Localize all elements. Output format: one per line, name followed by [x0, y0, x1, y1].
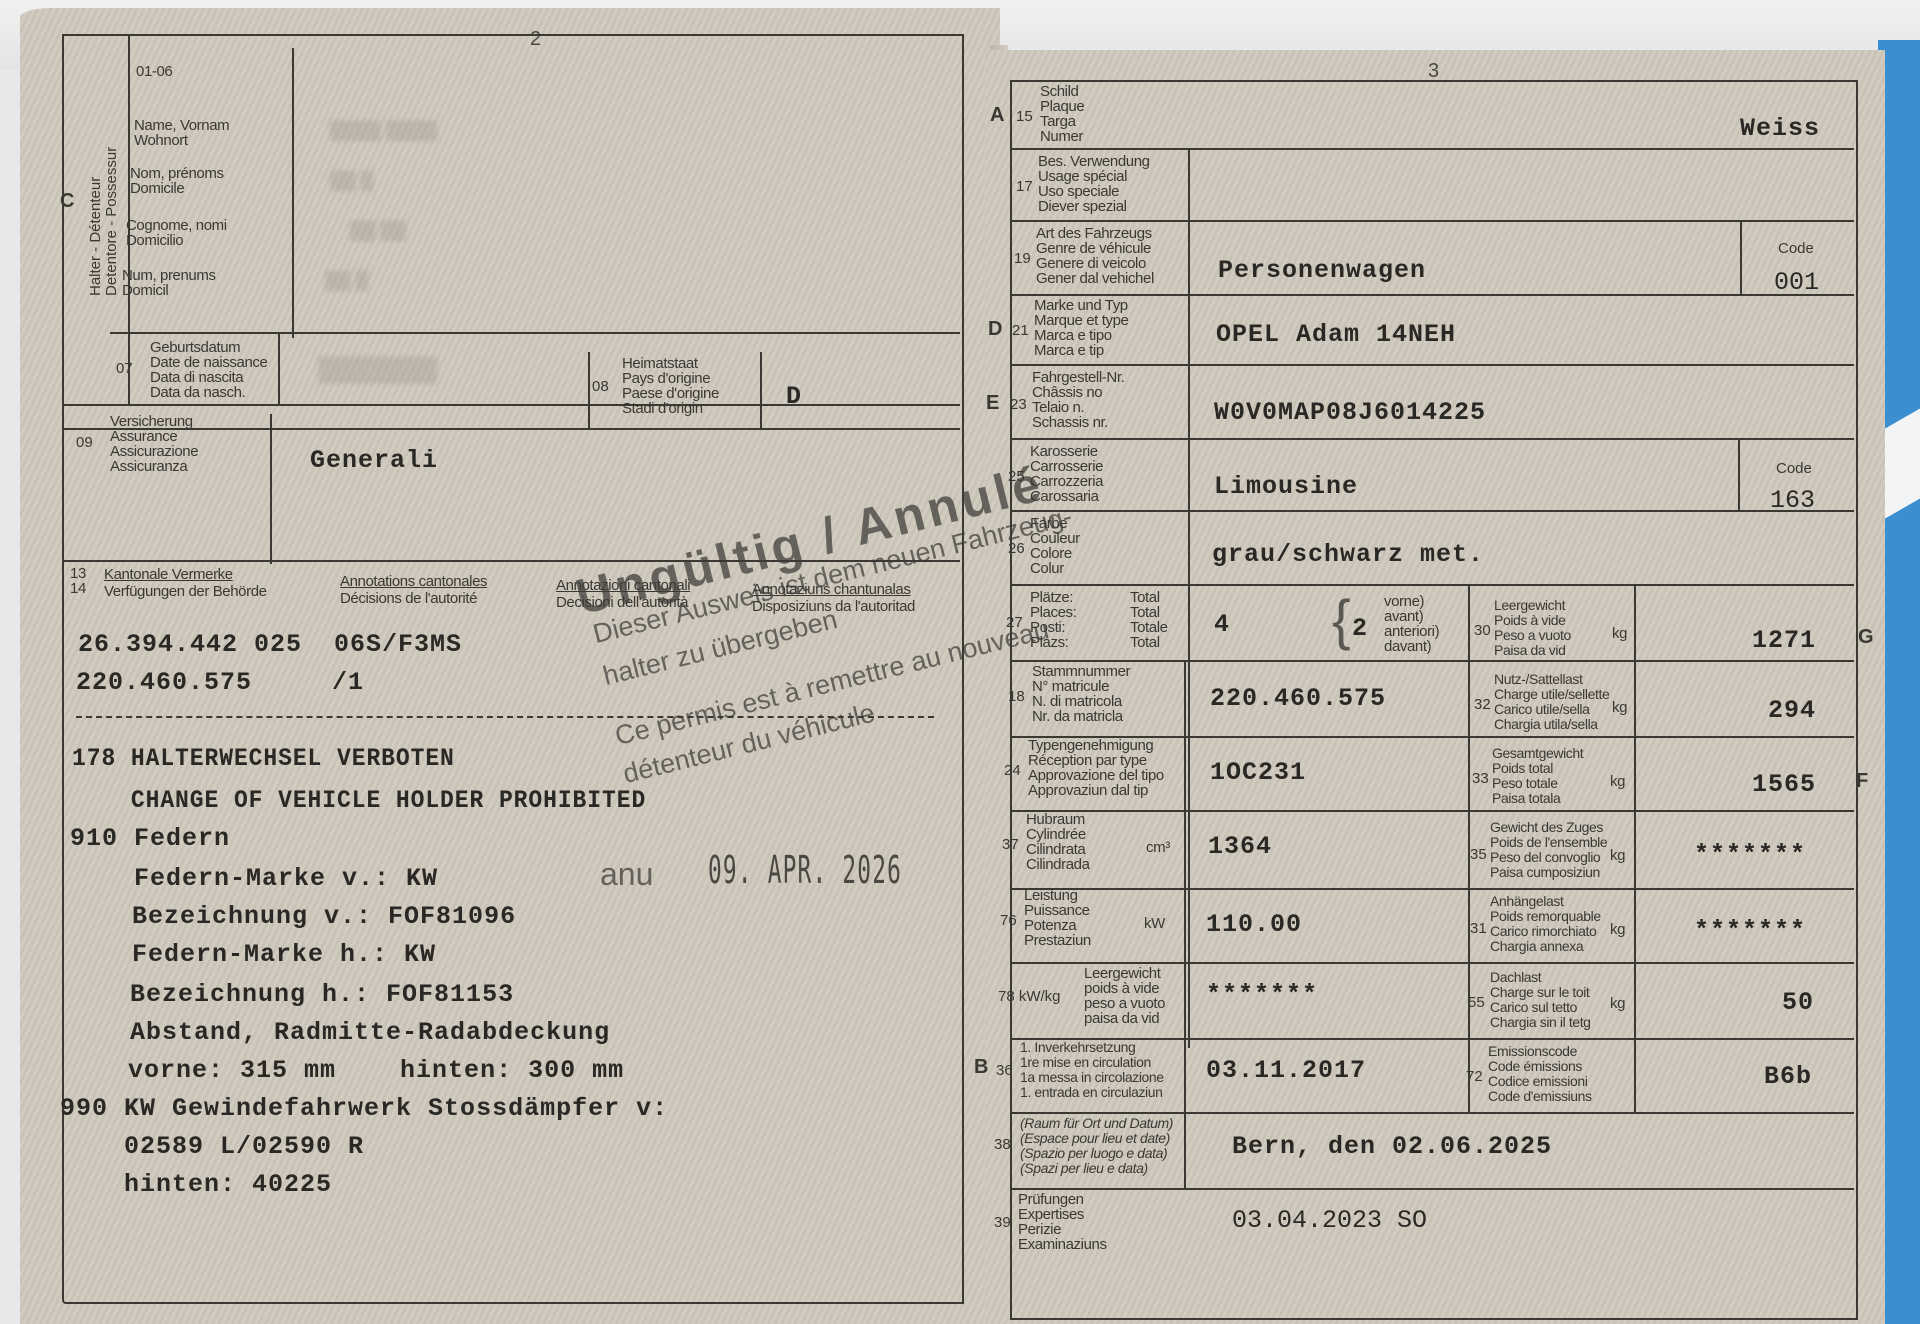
divider-09 [270, 414, 272, 564]
field-15-value: Weiss [1740, 114, 1820, 143]
side-letter-g: G [1858, 626, 1874, 649]
field-21-number: 21 [1012, 322, 1029, 339]
field-26-number: 26 [1008, 540, 1025, 557]
field-72-value: B6b [1764, 1062, 1812, 1091]
field-32-label: Nutz-/Sattellast Charge utile/sellette C… [1494, 672, 1609, 732]
annotation-910-distances: vorne: 315 mm hinten: 300 mm [64, 1056, 624, 1085]
field-55-value: 50 [1782, 988, 1814, 1017]
annotation-990-rear: hinten: 40225 [60, 1170, 332, 1199]
field-72-label: Emissionscode Code émissions Codice emis… [1488, 1044, 1592, 1104]
field-26-label: Farbe Couleur Colore Colur [1030, 516, 1080, 576]
field-36-number: 36 [996, 1062, 1013, 1079]
field-15-number: 15 [1016, 108, 1033, 125]
field-39-label: Prüfungen Expertises Perizie Examinaziun… [1018, 1192, 1107, 1252]
annot-de-sub: Verfügungen der Behörde [104, 584, 267, 599]
row-line-38 [1010, 1188, 1854, 1190]
field-01-06-number: 01-06 [136, 64, 172, 79]
field-38-value: Bern, den 02.06.2025 [1232, 1132, 1552, 1161]
field-78-value: ******* [1206, 980, 1318, 1009]
field-24-value: 1OC231 [1210, 758, 1306, 787]
field-30-unit: kg [1612, 626, 1627, 641]
field-32-unit: kg [1612, 700, 1627, 715]
field-25-label: Karosserie Carrosserie Carrozzeria Caros… [1030, 444, 1103, 504]
annotation-990-front: 02589 L/02590 R [60, 1132, 364, 1161]
annot-fr-title: Annotations cantonales [340, 574, 487, 589]
field-72-number: 72 [1466, 1068, 1483, 1085]
field-78-label: Leergewicht poids à vide peso a vuoto pa… [1084, 966, 1165, 1026]
holder-vertical-label-1: Halter - Détenteur [88, 177, 104, 296]
field-09-value: Generali [310, 446, 438, 475]
row-line-19 [1010, 294, 1854, 296]
code-divider-25 [1738, 438, 1740, 510]
annotation-910-bez-h: Bezeichnung h.: FOF81153 [66, 980, 514, 1009]
row-line-25 [1010, 510, 1854, 512]
field-76-unit: kW [1144, 916, 1165, 931]
field-35-label: Gewicht des Zuges Poids de l'ensemble Pe… [1490, 820, 1607, 880]
row-divider-09 [62, 404, 960, 406]
field-37-label: Hubraum Cylindrée Cilindrata Cilindrada [1026, 812, 1090, 872]
row-line-76 [1010, 962, 1854, 964]
field-15-label: Schild Plaque Targa Numer [1040, 84, 1084, 144]
field-21-value: OPEL Adam 14NEH [1216, 320, 1456, 349]
annotation-line-2: 220.460.575 /1 [76, 668, 364, 697]
field-24-label: Typengenehmigung Réception par type Appr… [1028, 738, 1164, 798]
annotation-910-marke-h: Federn-Marke h.: KW [68, 940, 436, 969]
field-35-unit: kg [1610, 848, 1625, 863]
field-31-label: Anhängelast Poids remorquable Carico rim… [1490, 894, 1601, 954]
annotation-910-bez-v: Bezeichnung v.: FOF81096 [68, 902, 516, 931]
field-17-number: 17 [1016, 178, 1033, 195]
field-39-number: 39 [994, 1214, 1011, 1231]
field-37-value: 1364 [1208, 832, 1272, 861]
field-37-number: 37 [1002, 836, 1019, 853]
field-78-number: 78 kW/kg [998, 988, 1061, 1005]
seats-brace: { [1332, 590, 1350, 650]
field-33-number: 33 [1472, 770, 1489, 787]
field-25-value: Limousine [1214, 472, 1358, 501]
field-07-number: 07 [116, 360, 133, 377]
divider-08a [588, 352, 590, 428]
field-13-14-number: 13 14 [70, 566, 86, 596]
field-23-value: W0V0MAP08J6014225 [1214, 398, 1486, 427]
code-divider-19 [1740, 220, 1742, 294]
row-line-27 [1010, 660, 1854, 662]
section-letter-c: C [60, 190, 74, 213]
field-38-number: 38 [994, 1136, 1011, 1153]
annotation-910-abstand: Abstand, Radmitte-Radabdeckung [66, 1018, 610, 1047]
row-line-17 [1010, 220, 1854, 222]
holder-vertical-label-2: Detentore - Possessur [104, 147, 120, 296]
side-letter-e: E [986, 392, 999, 415]
row-line-36 [1010, 1112, 1854, 1114]
field-27-totals: Total Total Totale Total [1130, 590, 1168, 650]
field-36-value: 03.11.2017 [1206, 1056, 1366, 1085]
field-55-unit: kg [1610, 996, 1625, 1011]
annotation-910: 910 Federn [70, 824, 230, 853]
field-09-number: 09 [76, 434, 93, 451]
right-value-divider [1634, 584, 1636, 1114]
annot-fr-sub: Décisions de l'autorité [340, 591, 477, 606]
annotation-178-en: CHANGE OF VEHICLE HOLDER PROHIBITED [72, 786, 646, 815]
field-55-label: Dachlast Charge sur le toit Carico sul t… [1490, 970, 1591, 1030]
side-letter-a: A [990, 104, 1004, 127]
field-19-code: 001 [1774, 268, 1819, 297]
field-27-labels: Plätze: Places: Posti: Plazs: [1030, 590, 1076, 650]
field-37-unit: cm³ [1146, 840, 1170, 855]
field-30-value: 1271 [1752, 626, 1816, 655]
redacted-holder-rm: ▒▒ ▒ [325, 270, 368, 291]
annotation-178: 178 HALTERWECHSEL VERBOTEN [72, 744, 455, 773]
field-35-number: 35 [1470, 846, 1487, 863]
field-18-label: Stammnummer N° matricule N. di matricola… [1032, 664, 1130, 724]
redacted-birth-date: ▒▒▒▒▒▒▒ [318, 356, 437, 384]
field-27-number: 27 [1006, 614, 1023, 631]
row-line-37 [1010, 888, 1854, 890]
date-stamp-date: 09. APR. 2026 [708, 848, 902, 892]
date-stamp-prefix: anu [600, 856, 653, 893]
left-value-divider [1184, 660, 1186, 1190]
field-25-number: 25 [1008, 468, 1025, 485]
row-line-23 [1010, 438, 1854, 440]
seats-total: 4 [1214, 610, 1230, 639]
field-19-label: Art des Fahrzeugs Genre de véhicule Gene… [1036, 226, 1154, 286]
row-line-21 [1010, 364, 1854, 366]
field-31-unit: kg [1610, 922, 1625, 937]
field-18-value: 220.460.575 [1210, 684, 1386, 713]
redacted-holder-it: ▒▒ ▒▒ [350, 220, 406, 241]
side-letter-f: F [1856, 770, 1868, 793]
field-30-label: Leergewicht Poids à vide Peso a vuoto Pa… [1494, 598, 1571, 658]
field-07-label: Geburtsdatum Date de naissance Data di n… [150, 340, 267, 400]
row-line-15 [1010, 148, 1854, 150]
field-76-number: 76 [1000, 912, 1017, 929]
field-08-value: D [786, 382, 802, 411]
field-24-number: 24 [1004, 762, 1021, 779]
row-divider-07 [110, 332, 960, 334]
field-25-code-label: Code [1776, 460, 1812, 477]
annot-de-title: Kantonale Vermerke [104, 567, 233, 582]
annotation-910-marke-v: Federn-Marke v.: KW [70, 864, 438, 893]
right-label-divider [1188, 148, 1190, 1048]
label-name-rm: Num, prenums Domicil [122, 268, 216, 298]
divider-08b [760, 352, 762, 428]
seats-front: 2 [1352, 614, 1368, 643]
field-31-number: 31 [1470, 920, 1487, 937]
field-19-number: 19 [1014, 250, 1031, 267]
redacted-holder-name: ▒▒▒▒ ▒▒▒▒ [330, 120, 437, 141]
field-18-number: 18 [1008, 688, 1025, 705]
field-33-unit: kg [1610, 774, 1625, 789]
divider-07 [278, 332, 280, 404]
field-31-value: ******* [1694, 916, 1806, 945]
annotation-990: 990 KW Gewindefahrwerk Stossdämpfer v: [60, 1094, 668, 1123]
field-09-label: Versicherung Assurance Assicurazione Ass… [110, 414, 198, 474]
seats-front-label: vorne) avant) anteriori) davant) [1384, 594, 1439, 654]
label-name-it: Cognome, nomi Domicilio [126, 218, 227, 248]
field-76-value: 110.00 [1206, 910, 1302, 939]
field-19-code-label: Code [1778, 240, 1814, 257]
annotation-line-1: 26.394.442 025 06S/F3MS [78, 630, 462, 659]
field-32-value: 294 [1768, 696, 1816, 725]
label-divider [292, 48, 294, 338]
field-26-value: grau/schwarz met. [1212, 540, 1484, 569]
field-17-label: Bes. Verwendung Usage spécial Uso specia… [1038, 154, 1150, 214]
field-33-label: Gesamtgewicht Poids total Peso totale Pa… [1492, 746, 1583, 806]
field-38-label: (Raum für Ort und Datum) (Espace pour li… [1020, 1116, 1173, 1176]
field-23-number: 23 [1010, 396, 1027, 413]
field-25-code: 163 [1770, 486, 1815, 515]
field-08-label: Heimatstaat Pays d'origine Paese d'origi… [622, 356, 719, 416]
row-line-24 [1010, 810, 1854, 812]
field-33-value: 1565 [1752, 770, 1816, 799]
field-30-number: 30 [1474, 622, 1491, 639]
label-name-fr: Nom, prénoms Domicile [130, 166, 224, 196]
redacted-holder-fr: ▒▒ ▒ [330, 170, 373, 191]
field-19-value: Personenwagen [1218, 256, 1426, 285]
field-55-number: 55 [1468, 994, 1485, 1011]
side-letter-d: D [988, 318, 1002, 341]
field-39-value: 03.04.2023 SO [1232, 1206, 1427, 1235]
field-36-label: 1. Inverkehrsetzung 1re mise en circulat… [1020, 1040, 1164, 1100]
field-76-label: Leistung Puissance Potenza Prestaziun [1024, 888, 1091, 948]
field-21-label: Marke und Typ Marque et type Marca e tip… [1034, 298, 1128, 358]
row-line-26 [1010, 584, 1854, 586]
field-35-value: ******* [1694, 840, 1806, 869]
field-32-number: 32 [1474, 696, 1491, 713]
label-name-de: Name, Vornam Wohnort [134, 118, 229, 148]
field-23-label: Fahrgestell-Nr. Châssis no Telaio n. Sch… [1032, 370, 1124, 430]
side-letter-b: B [974, 1056, 988, 1079]
field-08-number: 08 [592, 378, 609, 395]
